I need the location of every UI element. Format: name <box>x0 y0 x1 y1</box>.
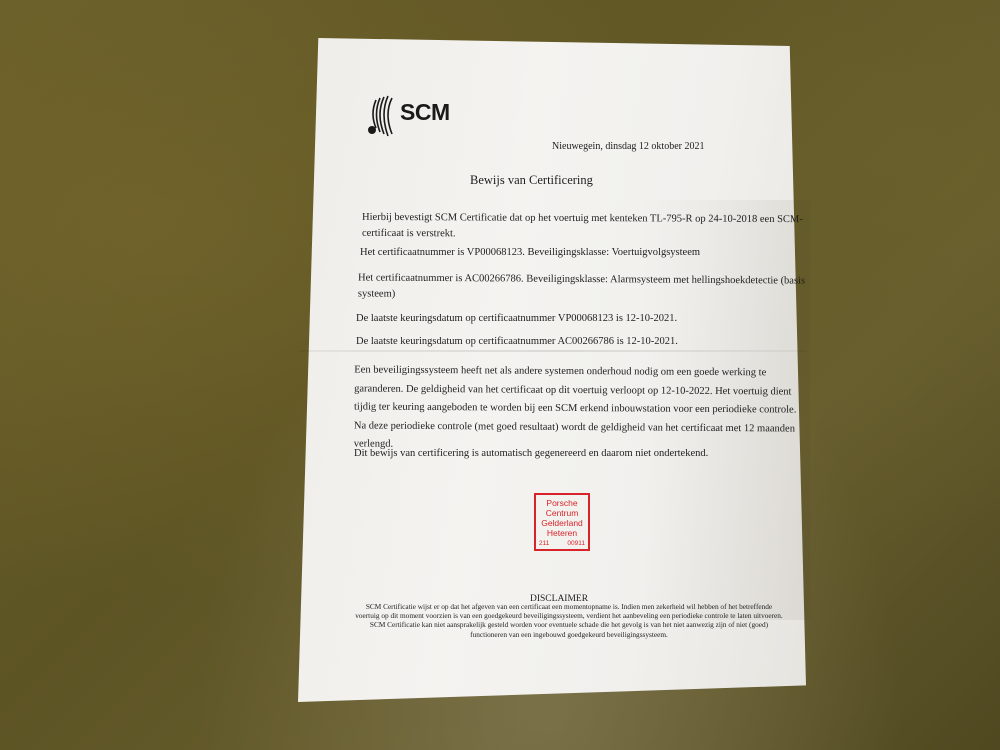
brand-name: SCM <box>400 99 450 126</box>
disclaimer-body: SCM Certificatie wijst er op dat het afg… <box>354 602 784 639</box>
inspection-date-vp: De laatste keuringsdatum op certificaatn… <box>356 311 677 327</box>
auto-generated-note: Dit bewijs van certificering is automati… <box>354 446 708 462</box>
maintenance-paragraph: Een beveiligingssysteem heeft net als an… <box>354 361 797 457</box>
scm-signal-waves-logo-icon <box>366 94 398 138</box>
inspection-date-ac: De laatste keuringsdatum op certificaatn… <box>356 334 678 350</box>
letter-date: Nieuwegein, dinsdag 12 oktober 2021 <box>552 139 704 155</box>
confirmation-paragraph: Hierbij bevestigt SCM Certificatie dat o… <box>362 210 803 244</box>
stamp-numbers: 211 00911 <box>536 539 588 549</box>
paper-fold-line <box>298 350 806 352</box>
certificate-vp-line: Het certificaatnummer is VP00068123. Bev… <box>360 245 700 261</box>
dealer-stamp: Porsche Centrum Gelderland Heteren 211 0… <box>534 493 590 551</box>
certificate-ac-line: Het certificaatnummer is AC00266786. Bev… <box>358 270 805 305</box>
letter-title: Bewijs van Certificering <box>470 172 593 188</box>
scm-logo: SCM <box>366 94 450 138</box>
